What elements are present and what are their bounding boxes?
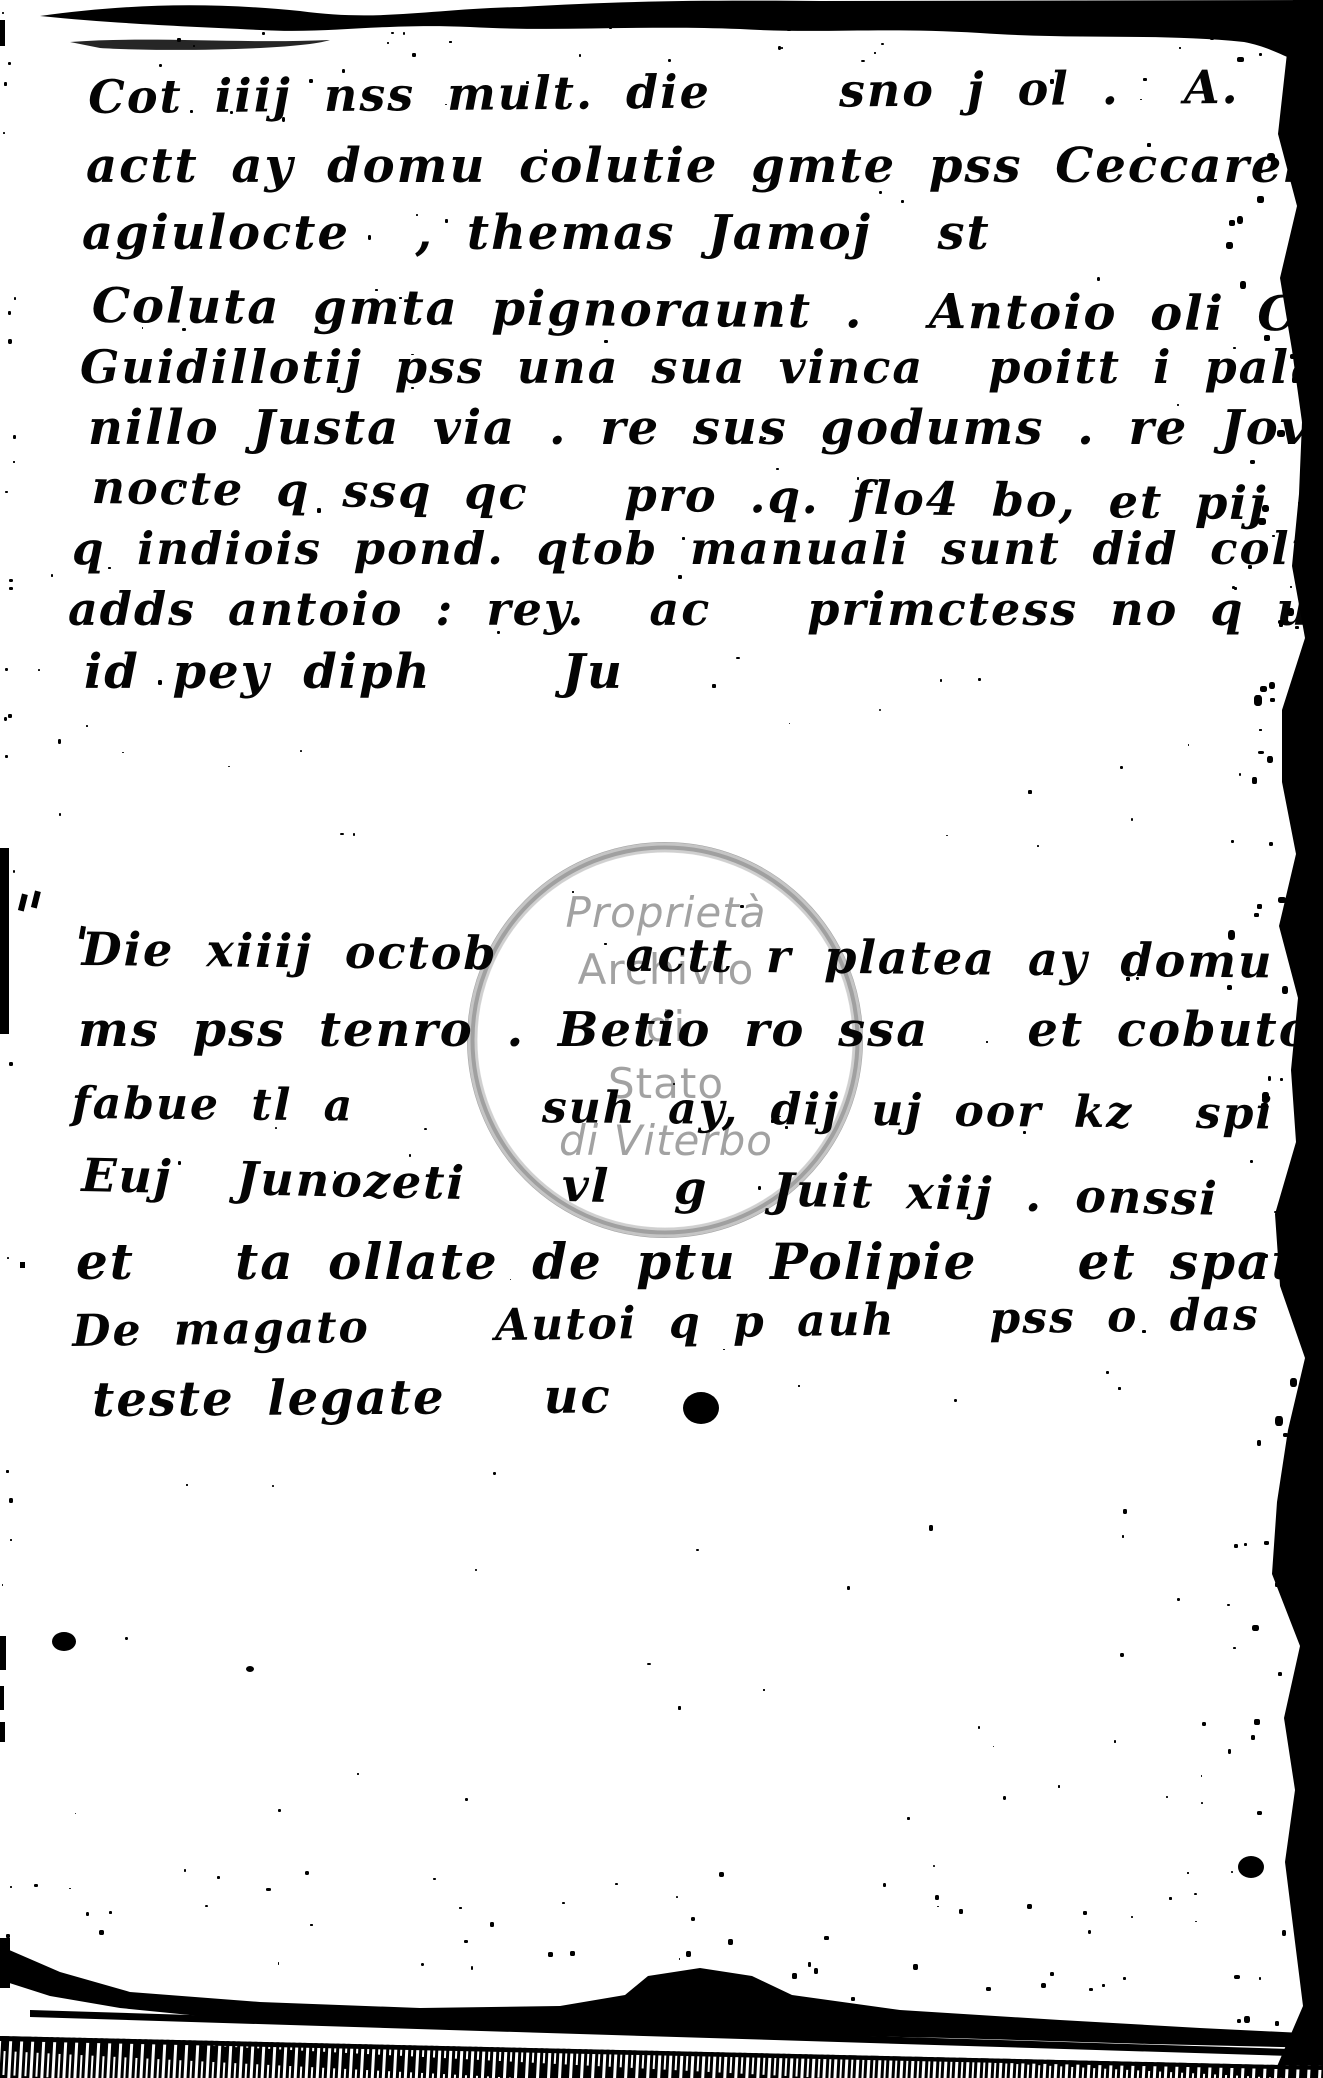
noise-speck <box>691 1917 695 1921</box>
noise-speck <box>1177 1598 1180 1601</box>
noise-speck <box>177 38 181 42</box>
noise-speck <box>604 340 607 343</box>
noise-speck <box>10 1539 12 1541</box>
noise-speck <box>1257 904 1261 908</box>
noise-speck <box>1259 729 1261 730</box>
noise-speck <box>58 739 62 744</box>
noise-speck <box>1136 977 1140 980</box>
noise-speck <box>760 1990 763 1992</box>
noise-speck <box>1269 842 1273 846</box>
noise-speck <box>278 1809 281 1812</box>
noise-speck <box>1187 1872 1189 1874</box>
noise-speck <box>1257 196 1264 202</box>
noise-speck <box>199 1046 201 1049</box>
noise-speck <box>913 1964 918 1970</box>
manuscript-line: adds antoio : rey. ac primctess no q uer… <box>68 582 1323 636</box>
noise-speck <box>1166 1796 1168 1799</box>
noise-speck <box>1256 424 1258 425</box>
noise-speck <box>907 1817 909 1820</box>
noise-speck <box>1027 1904 1032 1909</box>
noise-speck <box>1260 686 1267 692</box>
noise-speck <box>736 657 739 660</box>
noise-speck <box>309 79 312 83</box>
noise-speck <box>1195 1921 1197 1922</box>
noise-speck <box>1003 1796 1006 1799</box>
noise-speck <box>1264 1254 1268 1259</box>
noise-speck <box>497 631 500 634</box>
noise-speck <box>1261 1103 1268 1108</box>
manuscript-line: fabue tl a suh ay, dij uj oor kz spi <box>72 1078 1275 1139</box>
noise-speck <box>1282 986 1288 994</box>
noise-speck <box>1237 2019 1241 2024</box>
noise-speck <box>38 669 40 671</box>
noise-speck <box>874 52 876 54</box>
noise-speck <box>604 943 606 945</box>
noise-speck <box>8 714 11 718</box>
noise-speck <box>544 149 547 153</box>
noise-speck <box>1106 1371 1109 1374</box>
noise-speck <box>1254 695 1262 705</box>
noise-speck <box>1287 608 1294 616</box>
noise-speck <box>1028 790 1032 794</box>
noise-speck <box>814 1968 818 1974</box>
noise-speck <box>1297 1461 1300 1464</box>
noise-speck <box>678 1706 680 1709</box>
noise-speck <box>1295 626 1299 629</box>
noise-speck <box>490 1922 494 1926</box>
noise-speck <box>778 46 781 50</box>
noise-speck <box>935 1895 940 1900</box>
noise-speck <box>1229 220 1235 225</box>
manuscript-line: actt ay domu colutie gmte pss Ceccarello <box>86 138 1323 194</box>
noise-speck <box>184 1869 186 1872</box>
noise-speck <box>391 32 394 34</box>
manuscript-line: ms pss tenro . Betio ro ssa et cobuto <box>78 1002 1313 1058</box>
noise-speck <box>1102 1984 1104 1987</box>
noise-speck <box>1283 1433 1288 1438</box>
noise-speck <box>1228 930 1236 940</box>
noise-speck <box>1114 1740 1116 1743</box>
noise-speck <box>375 289 377 291</box>
noise-speck <box>1257 1440 1261 1446</box>
noise-speck <box>1284 275 1289 281</box>
noise-speck <box>1308 778 1314 783</box>
noise-speck <box>5 668 8 671</box>
noise-speck <box>1275 2021 1279 2025</box>
manuscript-line: Cot iiij nss mult. die sno j ol . A. <box>88 60 1240 124</box>
noise-speck <box>978 1726 980 1729</box>
noise-speck <box>6 1470 8 1473</box>
noise-speck <box>125 1637 128 1641</box>
noise-speck <box>1252 777 1257 784</box>
noise-speck <box>310 1924 313 1926</box>
noise-speck <box>1258 518 1266 525</box>
noise-speck <box>1308 986 1312 990</box>
noise-speck <box>1228 26 1235 35</box>
noise-speck <box>1259 53 1262 56</box>
noise-speck <box>1234 587 1237 590</box>
noise-speck <box>1210 35 1214 40</box>
noise-speck <box>1294 1283 1299 1290</box>
noise-speck <box>673 1083 675 1085</box>
manuscript-line: q indiois pond. qtob manuali sunt did co… <box>72 522 1323 575</box>
noise-speck <box>262 32 265 35</box>
noise-speck <box>465 1798 468 1801</box>
noise-speck <box>7 1257 9 1260</box>
noise-speck <box>978 678 981 681</box>
noise-speck <box>1268 1076 1271 1080</box>
noise-speck <box>1306 1900 1311 1905</box>
noise-speck <box>1244 2016 1250 2023</box>
noise-speck <box>879 191 882 195</box>
noise-speck <box>1280 1078 1283 1081</box>
manuscript-line: Coluta gmta pignoraunt . Antoio oli Cecc… <box>92 278 1323 343</box>
noise-speck <box>59 813 61 815</box>
noise-speck <box>1259 1977 1261 1979</box>
noise-speck <box>1290 1378 1297 1387</box>
noise-speck <box>798 1385 800 1387</box>
noise-speck <box>1299 1256 1302 1260</box>
noise-speck <box>416 214 418 216</box>
noise-speck <box>270 25 272 27</box>
noise-speck <box>572 891 574 893</box>
noise-speck <box>1097 277 1100 281</box>
noise-speck <box>1050 79 1054 84</box>
manuscript-scan-page: Proprietà Archivio di Stato di Viterbo C… <box>0 0 1323 2078</box>
noise-speck <box>1147 143 1150 147</box>
noise-speck <box>712 684 716 687</box>
noise-speck <box>740 905 743 908</box>
noise-speck <box>570 1951 574 1956</box>
noise-speck <box>1234 1975 1240 1979</box>
ink-blot <box>52 1632 76 1651</box>
manuscript-line: nillo Justa via . re sus godums . re Jov… <box>88 400 1323 456</box>
noise-speck <box>1277 430 1285 437</box>
noise-speck <box>1227 985 1232 991</box>
noise-speck <box>779 1116 781 1117</box>
noise-speck <box>193 45 195 47</box>
noise-speck <box>13 461 15 462</box>
noise-speck <box>862 216 866 221</box>
noise-speck <box>1194 1893 1197 1895</box>
noise-speck <box>190 110 193 113</box>
noise-speck <box>676 1896 679 1898</box>
noise-speck <box>1272 535 1275 537</box>
noise-speck <box>99 1930 104 1935</box>
noise-speck <box>847 1586 850 1590</box>
noise-speck <box>1248 565 1252 569</box>
noise-speck <box>792 1973 797 1979</box>
noise-speck <box>1126 977 1129 981</box>
noise-speck <box>317 508 320 513</box>
noise-speck <box>1143 78 1146 80</box>
noise-speck <box>1252 1625 1258 1631</box>
noise-speck <box>1089 1988 1093 1991</box>
noise-speck <box>1234 1544 1238 1548</box>
noise-speck <box>1282 1930 1286 1936</box>
noise-speck <box>109 1911 112 1913</box>
noise-speck <box>34 1884 37 1887</box>
noise-speck <box>728 1939 733 1945</box>
noise-speck <box>368 235 372 240</box>
noise-speck <box>112 433 114 434</box>
noise-speck <box>986 1987 991 1991</box>
noise-speck <box>1250 1160 1253 1163</box>
noise-speck <box>1258 751 1264 755</box>
noise-speck <box>449 41 451 42</box>
noise-speck <box>186 1484 188 1486</box>
noise-speck <box>1177 404 1179 406</box>
noise-speck <box>1288 702 1291 704</box>
noise-speck <box>678 575 681 579</box>
noise-speck <box>178 1161 181 1165</box>
noise-speck <box>1250 460 1255 464</box>
noise-speck <box>493 1472 496 1475</box>
noise-speck <box>742 24 746 28</box>
noise-speck <box>929 1525 933 1530</box>
noise-speck <box>9 587 13 590</box>
noise-speck <box>9 1498 13 1503</box>
noise-speck <box>459 1907 461 1909</box>
noise-speck <box>51 574 53 576</box>
noise-speck <box>334 1171 336 1174</box>
noise-speck <box>1169 1897 1171 1900</box>
noise-speck <box>1239 773 1242 776</box>
noise-speck <box>881 43 884 46</box>
noise-speck <box>445 219 448 222</box>
noise-speck <box>781 47 783 49</box>
noise-speck <box>1257 1811 1262 1815</box>
noise-speck <box>986 1041 988 1043</box>
manuscript-line: et ta ollate de ptu Polipie et spato <box>76 1232 1323 1291</box>
noise-speck <box>776 468 779 470</box>
ink-blot <box>683 1392 719 1424</box>
noise-speck <box>1264 335 1270 340</box>
noise-speck <box>1120 1653 1124 1658</box>
noise-speck <box>14 297 17 299</box>
noise-speck <box>1122 1535 1124 1537</box>
noise-speck <box>1290 354 1296 359</box>
ink-blot <box>1238 1856 1264 1878</box>
noise-speck <box>1296 1422 1301 1429</box>
ink-blot <box>246 1666 254 1672</box>
noise-speck <box>901 200 904 202</box>
noise-speck <box>1278 897 1285 903</box>
noise-speck <box>771 1119 775 1123</box>
noise-speck <box>1041 1983 1046 1988</box>
noise-speck <box>4 82 7 86</box>
noise-speck <box>1279 622 1283 627</box>
noise-speck <box>4 717 7 721</box>
noise-speck <box>1306 1754 1311 1759</box>
noise-speck <box>1275 1582 1279 1587</box>
noise-speck <box>686 1951 691 1957</box>
noise-speck <box>609 27 611 29</box>
noise-speck <box>217 1876 220 1878</box>
noise-speck <box>5 755 8 758</box>
noise-speck <box>471 1966 474 1969</box>
noise-speck <box>883 1883 886 1887</box>
noise-speck <box>8 62 11 65</box>
noise-speck <box>1254 1719 1259 1725</box>
noise-speck <box>1302 1740 1307 1745</box>
noise-speck <box>1289 1717 1293 1721</box>
noise-speck <box>1301 819 1309 827</box>
noise-speck <box>1240 281 1246 288</box>
noise-speck <box>1226 242 1233 249</box>
noise-speck <box>787 29 791 32</box>
noise-speck <box>1267 756 1273 763</box>
noise-speck <box>1255 1271 1261 1275</box>
noise-speck <box>548 1952 553 1956</box>
noise-speck <box>1301 1198 1305 1201</box>
noise-speck <box>1233 1647 1236 1649</box>
noise-speck <box>1307 458 1314 467</box>
noise-speck <box>2 12 4 14</box>
noise-speck <box>1023 1131 1026 1134</box>
noise-speck <box>1118 1387 1120 1390</box>
noise-speck <box>1227 1604 1230 1606</box>
noise-speck <box>1233 1112 1235 1114</box>
noise-speck <box>1237 57 1243 63</box>
noise-speck <box>6 1934 9 1938</box>
noise-speck <box>1260 170 1262 173</box>
noise-speck <box>1228 1749 1231 1753</box>
noise-speck <box>1270 698 1274 702</box>
noise-speck <box>1123 1977 1126 1980</box>
noise-speck <box>340 833 343 836</box>
noise-speck <box>266 1888 271 1891</box>
noise-speck <box>179 483 182 487</box>
noise-speck <box>785 1126 788 1129</box>
noise-speck <box>851 1997 855 2000</box>
manuscript-line: id pey diph Ju <box>84 644 624 700</box>
noise-speck <box>1244 1543 1247 1546</box>
noise-speck <box>1120 766 1123 769</box>
noise-speck <box>86 1912 89 1916</box>
noise-speck <box>1278 1260 1285 1266</box>
noise-speck <box>411 354 413 355</box>
noise-speck <box>1278 1672 1282 1676</box>
noise-speck <box>763 437 766 440</box>
noise-speck <box>8 339 12 344</box>
noise-speck <box>937 1906 939 1908</box>
noise-speck <box>824 1936 829 1940</box>
noise-speck <box>399 297 402 299</box>
noise-speck <box>1254 913 1259 917</box>
noise-speck <box>959 1909 963 1914</box>
noise-speck <box>1050 1972 1054 1976</box>
noise-speck <box>108 567 111 569</box>
noise-speck <box>464 1940 467 1943</box>
noise-speck <box>1231 840 1234 843</box>
noise-speck <box>940 679 942 682</box>
noise-speck <box>562 1902 565 1905</box>
noise-speck <box>1262 1092 1268 1101</box>
noise-speck <box>412 53 416 57</box>
noise-speck <box>719 1872 724 1877</box>
noise-speck <box>1264 1541 1269 1544</box>
noise-speck <box>1262 505 1269 512</box>
manuscript-line: agiulocte , themas Jamoj st <box>82 205 991 261</box>
noise-speck <box>1179 47 1181 49</box>
manuscript-line: teste legate uc <box>92 1368 612 1428</box>
noise-speck <box>403 32 405 35</box>
noise-speck <box>1083 1911 1087 1914</box>
noise-speck <box>808 1962 811 1966</box>
noise-speck <box>1267 153 1275 161</box>
noise-speck <box>1292 377 1297 383</box>
noise-speck <box>409 1154 411 1157</box>
noise-speck <box>682 537 685 540</box>
noise-speck <box>1202 1722 1206 1726</box>
noise-speck <box>8 311 11 315</box>
noise-speck <box>13 435 16 439</box>
noise-speck <box>158 680 162 684</box>
noise-speck <box>9 1062 13 1066</box>
noise-speck <box>1275 1416 1283 1426</box>
noise-speck <box>387 42 389 44</box>
noise-speck <box>10 1886 13 1888</box>
noise-speck <box>13 870 16 873</box>
noise-speck <box>857 477 859 479</box>
noise-speck <box>182 328 186 331</box>
manuscript-line: Guidillotij pss una sua vinca poitt i pa… <box>80 340 1323 394</box>
noise-speck <box>342 69 345 73</box>
noise-speck <box>933 1865 935 1867</box>
noise-speck <box>1251 1735 1255 1739</box>
noise-speck <box>657 1982 662 1987</box>
